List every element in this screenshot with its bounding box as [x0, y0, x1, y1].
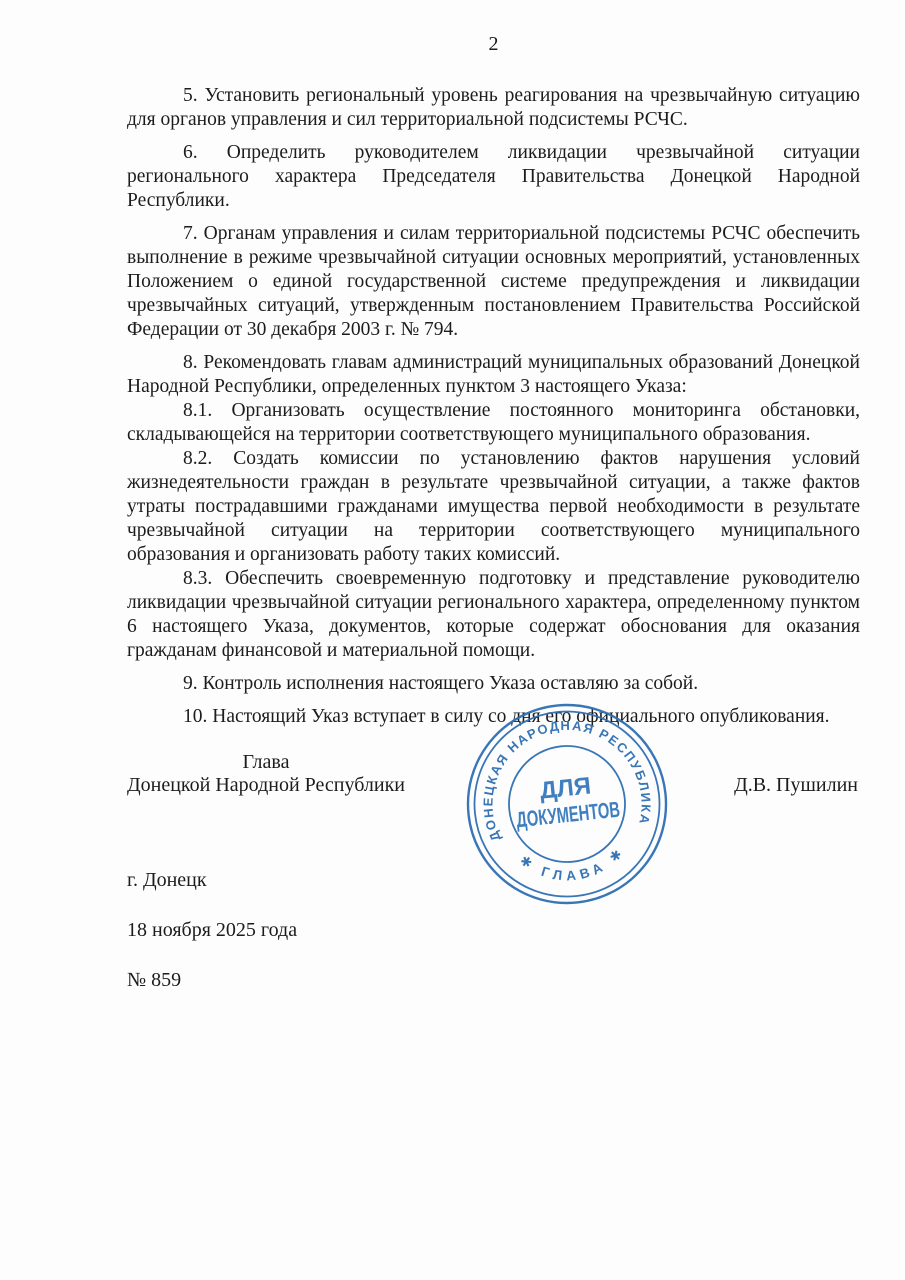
paragraph-8: 8. Рекомендовать главам администраций му… — [127, 351, 860, 399]
paragraph-7: 7. Органам управления и силам территориа… — [127, 222, 860, 342]
stamp-bottom-label: ✱ ГЛАВА ✱ — [516, 842, 631, 889]
footer-city: г. Донецк — [127, 869, 207, 892]
stamp-center-line2: ДОКУМЕНТОВ — [515, 797, 621, 833]
signature-title: Глава — [127, 751, 405, 774]
signature-name: Д.В. Пушилин — [734, 774, 858, 797]
stamp-graphic: ДОНЕЦКАЯ НАРОДНАЯ РЕСПУБЛИКА ✱ ГЛАВА ✱ Д… — [454, 691, 680, 917]
paragraph-6: 6. Определить руководителем ликвидации ч… — [127, 141, 860, 213]
decree-body: 5. Установить региональный уровень реаги… — [127, 84, 860, 729]
decree-page: 2 5. Установить региональный уровень реа… — [0, 0, 905, 1280]
footer-number: № 859 — [127, 969, 181, 992]
footer-date: 18 ноября 2025 года — [127, 919, 297, 942]
paragraph-8-3: 8.3. Обеспечить своевременную подготовку… — [127, 567, 860, 663]
signature-organization: Донецкой Народной Республики — [127, 774, 405, 797]
paragraph-8-1: 8.1. Организовать осуществление постоянн… — [127, 399, 860, 447]
paragraph-9: 9. Контроль исполнения настоящего Указа … — [127, 672, 860, 696]
page-number: 2 — [127, 33, 860, 56]
paragraph-5: 5. Установить региональный уровень реаги… — [127, 84, 860, 132]
official-stamp: ДОНЕЦКАЯ НАРОДНАЯ РЕСПУБЛИКА ✱ ГЛАВА ✱ Д… — [454, 691, 680, 917]
paragraph-8-2: 8.2. Создать комиссии по установлению фа… — [127, 447, 860, 567]
